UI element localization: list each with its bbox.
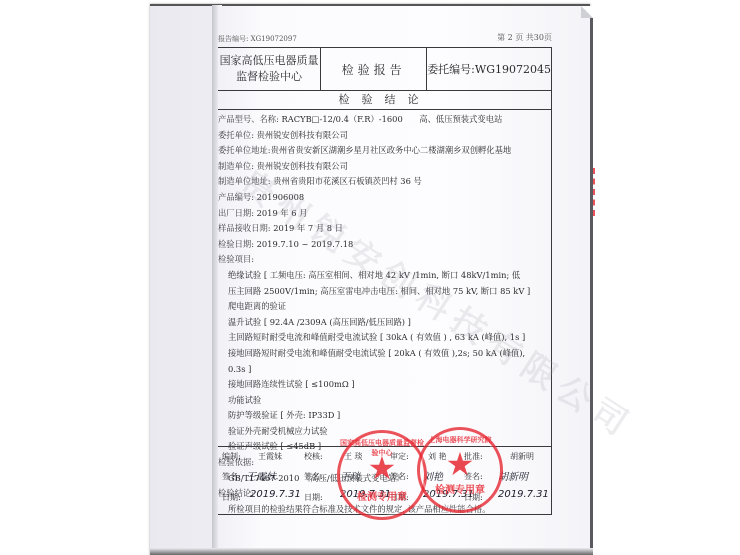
field-label: 委托单位: xyxy=(218,130,254,140)
test-item-line: 验证外壳耐受机械应力试验 xyxy=(218,424,551,440)
field-manufacturer: 制造单位: 贵州锐安创科技有限公司 xyxy=(218,159,551,175)
signer-name: 王 琰 xyxy=(344,451,363,462)
field-product: 产品型号、名称: RACYB□-12/0.4（F.R）-1600 高、低压预装式… xyxy=(218,112,551,128)
test-item-line: 0.3s ] xyxy=(218,362,551,378)
field-value: 贵州锐安创科技有限公司 xyxy=(257,161,348,171)
entrust-value: WG19072045 xyxy=(475,63,551,76)
report-number-value: XG19072097 xyxy=(251,35,297,43)
page-corner-fold xyxy=(581,6,593,18)
test-item-line: 功能试验 xyxy=(218,393,551,409)
handwritten-date: 2019.7.31 xyxy=(250,489,301,500)
handwritten-signature: 王霞妹 xyxy=(246,468,276,483)
section-title: 检验结论 xyxy=(218,91,551,110)
report-header: 国家高低压电器质量 监督检验中心 检验报告 委托编号: WG19072045 xyxy=(218,48,551,91)
handwritten-signature: 王琰 xyxy=(340,468,360,483)
field-client: 委托单位: 贵州锐安创科技有限公司 xyxy=(218,128,551,144)
test-item-line: 接地回路短时耐受电流和峰值耐受电流试验 [ 20kA ( 有效值 ),2s; 5… xyxy=(218,346,551,362)
field-value: 201906008 xyxy=(257,192,305,202)
report-number-label: 报告编号: xyxy=(218,35,248,43)
signer-name: 刘 艳 xyxy=(428,451,447,462)
signer-name: 胡新明 xyxy=(510,451,534,462)
sign-label: 签名: xyxy=(304,471,323,482)
field-label: 产品编号: xyxy=(218,192,254,202)
handwritten-signature: 胡新明 xyxy=(498,468,528,483)
test-item-line: 防护等级验证 [ 外壳: IP33D ] xyxy=(218,408,551,424)
signature-block: 编制: 王霞妹 校核: 王 琰 审定: 刘 艳 批准: 胡新明 签名: 王霞妹 … xyxy=(218,446,551,514)
date-label: 日期: xyxy=(390,492,409,503)
field-value: 2019.7.10 ~ 2019.7.18 xyxy=(257,239,354,249)
field-value: 贵州省贵阳市花溪区石板镇茨凹村 36 号 xyxy=(273,176,422,186)
test-item-line: 压主回路 2500V/1min; 高压室雷电冲击电压: 相间、相对地 75 kV… xyxy=(218,284,551,300)
role-label: 审定: xyxy=(390,451,409,462)
test-item-line: 接地回路连续性试验 [ ≤100mΩ ] xyxy=(218,377,551,393)
field-production-date: 出厂日期: 2019 年 6 月 xyxy=(218,206,551,222)
date-label: 日期: xyxy=(222,492,241,503)
sign-label: 签名: xyxy=(464,471,483,482)
field-value: 2019 年 7 月 8 日 xyxy=(273,223,343,233)
sign-label: 签名: xyxy=(222,471,241,482)
test-item-line: 温升试验 [ 92.4A /2309A (高压回路/低压回路) ] xyxy=(218,315,551,331)
role-label: 批准: xyxy=(464,451,483,462)
field-client-address: 委托单位地址:贵州省贵安新区湖潮乡星月社区政务中心二楼湖潮乡双创孵化基地 xyxy=(218,143,551,159)
org-line-1: 国家高低压电器质量 xyxy=(220,53,319,69)
field-label: 样品接收日期: xyxy=(218,223,271,233)
test-item-line: 爬电距离的验证 xyxy=(218,299,551,315)
signature-roles-row: 编制: 王霞妹 校核: 王 琰 审定: 刘 艳 批准: 胡新明 xyxy=(218,451,551,469)
issuing-organization: 国家高低压电器质量 监督检验中心 xyxy=(218,48,321,90)
page-edge-seal-mark xyxy=(593,168,598,216)
field-test-items: 检验项目: xyxy=(218,252,551,268)
entrust-label: 委托编号: xyxy=(427,61,475,77)
field-test-date: 检验日期: 2019.7.10 ~ 2019.7.18 xyxy=(218,237,551,253)
signer-name: 王霞妹 xyxy=(258,451,282,462)
report-page: 报告编号: XG19072097 第 2 页 共30页 国家高低压电器质量 监督… xyxy=(218,6,593,555)
handwritten-signature: 刘艳 xyxy=(423,468,443,483)
field-value: RACYB□-12/0.4（F.R）-1600 高、低压预装式变电站 xyxy=(282,114,503,124)
role-label: 校核: xyxy=(304,451,323,462)
field-label: 出厂日期: xyxy=(218,208,254,218)
role-label: 编制: xyxy=(222,451,241,462)
field-label: 制造单位: xyxy=(218,161,254,171)
field-value: 贵州锐安创科技有限公司 xyxy=(257,130,348,140)
field-label: 制造单位地址: xyxy=(218,176,271,186)
date-label: 日期: xyxy=(304,492,323,503)
handwritten-date: 2019.7.31 xyxy=(498,489,549,500)
report-frame: 国家高低压电器质量 监督检验中心 检验报告 委托编号: WG19072045 检… xyxy=(218,47,552,515)
field-manufacturer-address: 制造单位地址: 贵州省贵阳市花溪区石板镇茨凹村 36 号 xyxy=(218,174,551,190)
entrust-number: 委托编号: WG19072045 xyxy=(427,48,551,90)
book-bottom-edge xyxy=(150,548,593,555)
field-product-number: 产品编号: 201906008 xyxy=(218,190,551,206)
test-item-line: 绝缘试验 [ 工频电压: 高压室相间、相对地 42 kV /1min, 断口 4… xyxy=(218,268,551,284)
report-number: 报告编号: XG19072097 xyxy=(218,34,297,44)
date-label: 日期: xyxy=(464,492,483,503)
report-title: 检验报告 xyxy=(321,48,427,90)
handwritten-date: 2019.7.31 xyxy=(340,489,391,500)
sign-label: 签名: xyxy=(390,471,409,482)
field-label: 产品型号、名称: xyxy=(218,114,279,124)
page-indicator: 第 2 页 共30页 xyxy=(497,32,552,43)
field-sample-received: 样品接收日期: 2019 年 7 月 8 日 xyxy=(218,221,551,237)
org-line-2: 监督检验中心 xyxy=(236,69,302,85)
field-label: 检验项目: xyxy=(218,254,254,264)
signature-sign-row: 签名: 王霞妹 签名: 王琰 签名: 刘艳 签名: 胡新明 xyxy=(218,471,551,489)
field-label: 检验日期: xyxy=(218,239,254,249)
field-value: 2019 年 6 月 xyxy=(257,208,308,218)
signature-date-row: 日期: 2019.7.31 日期: 2019.7.31 日期: 2019.7.3… xyxy=(218,492,551,510)
test-item-line: 主回路短时耐受电流和峰值耐受电流试验 [ 30kA ( 有效值 ) , 63 k… xyxy=(218,330,551,346)
field-value: 贵州省贵安新区湖潮乡星月社区政务中心二楼湖潮乡双创孵化基地 xyxy=(271,145,512,155)
field-label: 委托单位地址: xyxy=(218,145,271,155)
